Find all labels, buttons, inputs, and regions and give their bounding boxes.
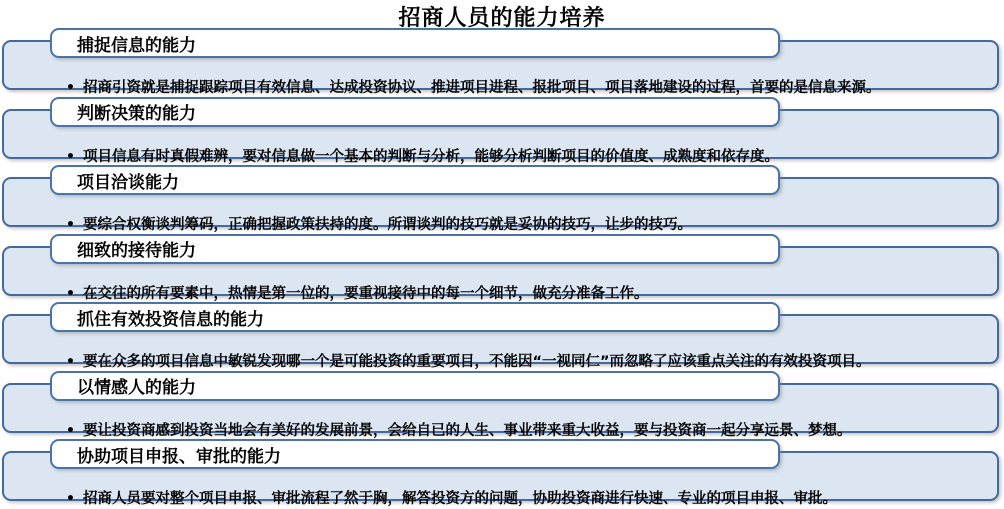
section-title: 项目洽谈能力 [77, 168, 179, 193]
bullet-marker: • [66, 148, 75, 166]
section-title-box: 项目洽谈能力 [50, 165, 780, 195]
section-description-row: • 在交往的所有要素中，热情是第一位的，要重视接待中的每一个细节，做充分准备工作… [66, 285, 985, 303]
section-judgement: • 项目信息有时真假难辨，要对信息做一个基本的判断与分析，能够分析判断项目的价值… [0, 97, 1004, 159]
section-title-box: 抓住有效投资信息的能力 [50, 302, 780, 332]
bullet-marker: • [66, 490, 75, 508]
bullet-marker: • [66, 285, 75, 303]
section-negotiation: • 要综合权衡谈判筹码，正确把握政策扶持的度。所谓谈判的技巧就是妥协的技巧，让步… [0, 165, 1004, 227]
bullet-marker: • [66, 353, 75, 371]
section-capture-info: • 招商引资就是捕捉跟踪项目有效信息、达成投资协议、推进项目进程、报批项目、项目… [0, 28, 1004, 90]
section-description-row: • 招商人员要对整个项目申报、审批流程了然于胸，解答投资方的问题，协助投资商进行… [66, 490, 985, 508]
section-description: 要让投资商感到投资当地会有美好的发展前景，会给自已的人生、事业带来重大收益，要与… [83, 422, 852, 440]
sections-list: • 招商引资就是捕捉跟踪项目有效信息、达成投资协议、推进项目进程、报批项目、项目… [0, 28, 1004, 508]
section-title-box: 捕捉信息的能力 [50, 28, 780, 58]
section-description: 招商引资就是捕捉跟踪项目有效信息、达成投资协议、推进项目进程、报批项目、项目落地… [83, 79, 881, 97]
section-description-row: • 招商引资就是捕捉跟踪项目有效信息、达成投资协议、推进项目进程、报批项目、项目… [66, 79, 985, 97]
section-title: 以情感人的能力 [77, 373, 196, 398]
bullet-marker: • [66, 216, 75, 234]
section-description: 要综合权衡谈判筹码，正确把握政策扶持的度。所谓谈判的技巧就是妥协的技巧，让步的技… [83, 216, 692, 234]
section-declaration-approval: • 招商人员要对整个项目申报、审批流程了然于胸，解答投资方的问题，协助投资商进行… [0, 439, 1004, 501]
section-description: 项目信息有时真假难辨，要对信息做一个基本的判断与分析，能够分析判断项目的价值度、… [83, 148, 779, 166]
section-description: 在交往的所有要素中，热情是第一位的，要重视接待中的每一个细节，做充分准备工作。 [83, 285, 649, 303]
section-description-row: • 项目信息有时真假难辨，要对信息做一个基本的判断与分析，能够分析判断项目的价值… [66, 148, 985, 166]
section-title-box: 以情感人的能力 [50, 371, 780, 401]
section-title-box: 细致的接待能力 [50, 234, 780, 264]
section-description-row: • 要让投资商感到投资当地会有美好的发展前景，会给自已的人生、事业带来重大收益，… [66, 422, 985, 440]
section-description-row: • 要在众多的项目信息中敏锐发现哪一个是可能投资的重要项目，不能因“一视同仁”而… [66, 353, 985, 371]
section-title-box: 协助项目申报、审批的能力 [50, 439, 780, 469]
section-description: 招商人员要对整个项目申报、审批流程了然于胸，解答投资方的问题，协助投资商进行快速… [83, 490, 837, 508]
section-description-row: • 要综合权衡谈判筹码，正确把握政策扶持的度。所谓谈判的技巧就是妥协的技巧，让步… [66, 216, 985, 234]
section-reception: • 在交往的所有要素中，热情是第一位的，要重视接待中的每一个细节，做充分准备工作… [0, 234, 1004, 296]
bullet-marker: • [66, 422, 75, 440]
section-title: 抓住有效投资信息的能力 [77, 305, 264, 330]
section-title: 细致的接待能力 [77, 236, 196, 261]
bullet-marker: • [66, 79, 75, 97]
section-seize-investment-info: • 要在众多的项目信息中敏锐发现哪一个是可能投资的重要项目，不能因“一视同仁”而… [0, 302, 1004, 364]
section-title-box: 判断决策的能力 [50, 97, 780, 127]
section-title: 判断决策的能力 [77, 99, 196, 124]
section-emotional-appeal: • 要让投资商感到投资当地会有美好的发展前景，会给自已的人生、事业带来重大收益，… [0, 371, 1004, 433]
diagram-canvas: 招商人员的能力培养 • 招商引资就是捕捉跟踪项目有效信息、达成投资协议、推进项目… [0, 0, 1004, 509]
section-title: 捕捉信息的能力 [77, 31, 196, 56]
section-title: 协助项目申报、审批的能力 [77, 442, 281, 467]
section-description: 要在众多的项目信息中敏锐发现哪一个是可能投资的重要项目，不能因“一视同仁”而忽略… [83, 353, 871, 371]
